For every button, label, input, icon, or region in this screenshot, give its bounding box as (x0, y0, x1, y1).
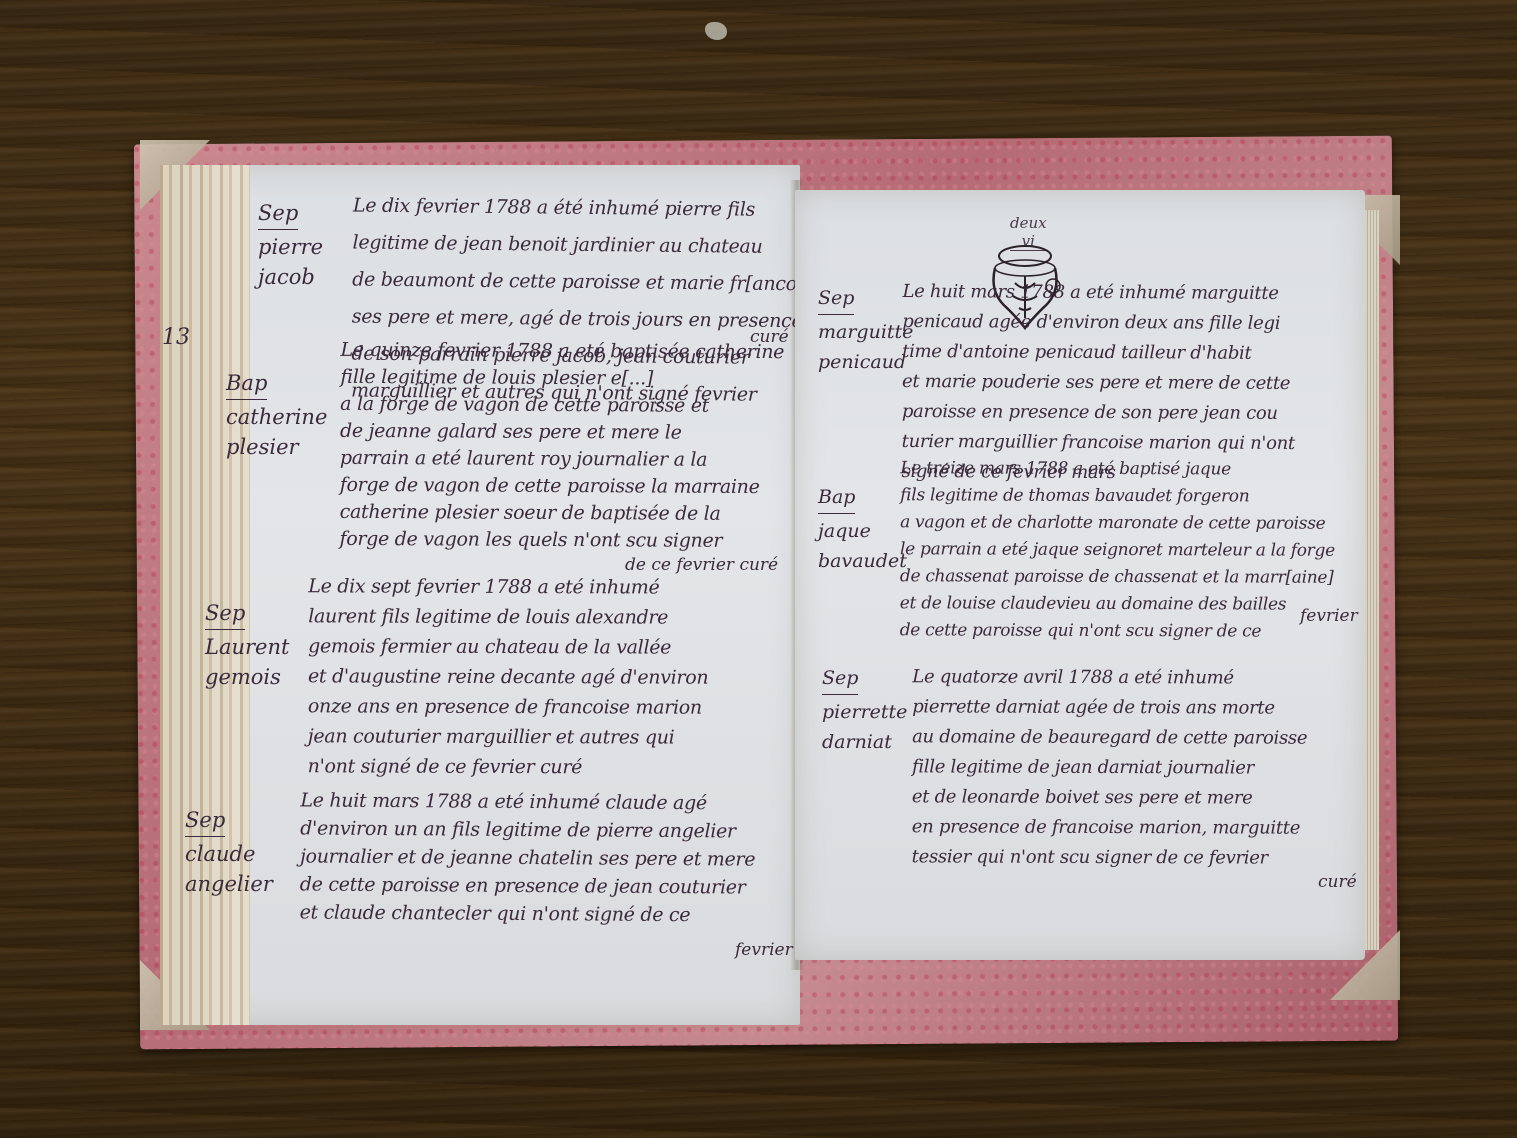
entry-name: pierrette (822, 697, 907, 727)
entry-line: fille legitime de louis plesier e[...] (340, 364, 784, 393)
entry-line: le parrain a eté jaque seignoret martele… (900, 536, 1335, 565)
entry-line: et de leonarde boivet ses pere et mere (912, 782, 1307, 813)
entry-name: angelier (185, 869, 273, 899)
entry-signoff: fevrier (735, 940, 793, 960)
page-edge-stack (1365, 210, 1379, 950)
margin-note-entry: Sep pierrette darniat (822, 663, 907, 757)
entry-name: pierre (258, 232, 323, 262)
entry-line: catherine plesier soeur de baptisée de l… (340, 499, 784, 528)
entry-line: et claude chantecler qui n'ont signé de … (300, 898, 755, 929)
table-surface-fleck (705, 22, 727, 40)
margin-note-entry: Bap jaque bavaudet (818, 482, 907, 576)
entry-name: catherine (226, 402, 327, 432)
entry-line: au domaine de beauregard de cette parois… (912, 722, 1307, 753)
margin-note-entry: Bap catherine plesier (226, 368, 327, 462)
entry-line: gemois fermier au chateau de la vallée (308, 631, 708, 662)
margin-mark: 13 (162, 325, 190, 350)
entry-name: penicaud (818, 347, 913, 377)
entry-line: fille legitime de jean darniat journalie… (912, 752, 1307, 783)
margin-note-entry: Sep claude angelier (185, 805, 273, 899)
entry-kind: Bap (226, 368, 267, 400)
entry-line: penicaud agée d'environ deux ans fille l… (902, 307, 1295, 339)
entry-name: bavaudet (818, 546, 907, 576)
entry-line: de jeanne galard ses pere et mere le (340, 418, 784, 447)
margin-note-entry: Sep Laurent gemois (205, 598, 289, 692)
entry-name: darniat (822, 727, 907, 757)
entry-line: et d'augustine reine decante agé d'envir… (308, 661, 708, 692)
entry-line: a la forge de vagon de cette paroisse et (340, 391, 784, 420)
entry-line: paroisse en presence de son pere jean co… (902, 397, 1295, 429)
entry-name: plesier (226, 432, 327, 462)
entry-line: Le treize mars 1788 a eté baptisé jaque (900, 455, 1335, 484)
entry-line: parrain a eté laurent roy journalier a l… (340, 445, 784, 474)
entry-line: en presence de francoise marion, marguit… (912, 812, 1307, 843)
entry-line: time d'antoine penicaud tailleur d'habit (902, 337, 1295, 369)
entry-kind: Sep (822, 663, 858, 695)
entry-line: a vagon et de charlotte maronate de cett… (900, 509, 1335, 538)
entry-line: de beaumont de cette paroisse et marie f… (352, 261, 830, 303)
entry-line: Le quatorze avril 1788 a eté inhumé (912, 662, 1307, 693)
margin-note-entry: Sep pierre jacob (258, 198, 323, 292)
entry-kind: Sep (258, 198, 298, 230)
entry-line: journalier et de jeanne chatelin ses per… (300, 842, 755, 873)
entry-signoff: fevrier (1300, 606, 1358, 626)
entry-line: de cette paroisse qui n'ont scu signer d… (900, 617, 1335, 646)
entry-text: Le quinze fevrier 1788 a eté baptisée ca… (339, 337, 784, 555)
entry-text: Le huit mars 1788 a eté inhumé claude ag… (300, 786, 756, 929)
entry-line: legitime de jean benoit jardinier au cha… (352, 225, 830, 267)
entry-line: Le huit mars 1788 a eté inhumé marguitte (902, 277, 1295, 309)
entry-line: fils legitime de thomas bavaudet forgero… (900, 482, 1335, 511)
entry-text: Le quatorze avril 1788 a eté inhumé pier… (912, 662, 1308, 873)
entry-line: Le quinze fevrier 1788 a eté baptisée ca… (340, 337, 784, 366)
entry-name: claude (185, 839, 273, 869)
entry-line: et de louise claudevieu au domaine des b… (900, 590, 1335, 619)
entry-kind: Sep (818, 283, 854, 315)
entry-name: gemois (205, 662, 289, 692)
entry-signoff: curé (1318, 872, 1357, 892)
entry-name: marguitte (818, 317, 913, 347)
entry-line: tessier qui n'ont scu signer de ce fevri… (912, 842, 1307, 873)
margin-note-entry: Sep marguitte penicaud (818, 283, 913, 377)
entry-line: de cette paroisse en presence de jean co… (300, 870, 755, 901)
entry-line: de chassenat paroisse de chassenat et la… (900, 563, 1335, 592)
entry-line: onze ans en presence de francoise marion (308, 691, 708, 722)
entry-line: turier marguillier francoise marion qui … (902, 427, 1295, 459)
entry-line: n'ont signé de ce fevrier curé (308, 751, 708, 782)
entry-line: Le dix fevrier 1788 a été inhumé pierre … (353, 188, 831, 230)
entry-kind: Sep (185, 805, 225, 837)
entry-text: Le treize mars 1788 a eté baptisé jaque … (900, 455, 1336, 646)
entry-line: Le dix sept fevrier 1788 a eté inhumé (308, 571, 708, 602)
entry-line: forge de vagon de cette paroisse la marr… (340, 472, 784, 501)
entry-name: jaque (818, 516, 907, 546)
entry-line: forge de vagon les quels n'ont scu signe… (339, 526, 783, 555)
entry-line: Le huit mars 1788 a eté inhumé claude ag… (300, 786, 755, 817)
entry-name: Laurent (205, 632, 289, 662)
entry-line: d'environ un an fils legitime de pierre … (300, 814, 755, 845)
entry-line: pierrette darniat agée de trois ans mort… (912, 692, 1307, 723)
entry-kind: Bap (818, 482, 855, 514)
entry-text: Le dix sept fevrier 1788 a eté inhumé la… (308, 571, 709, 782)
entry-kind: Sep (205, 598, 245, 630)
entry-line: laurent fils legitime de louis alexandre (308, 601, 708, 632)
entry-line: jean couturier marguillier et autres qui (308, 721, 708, 752)
entry-line: et marie pouderie ses pere et mere de ce… (902, 367, 1295, 399)
entry-name: jacob (258, 262, 323, 292)
folio-word: deux (1010, 214, 1047, 232)
